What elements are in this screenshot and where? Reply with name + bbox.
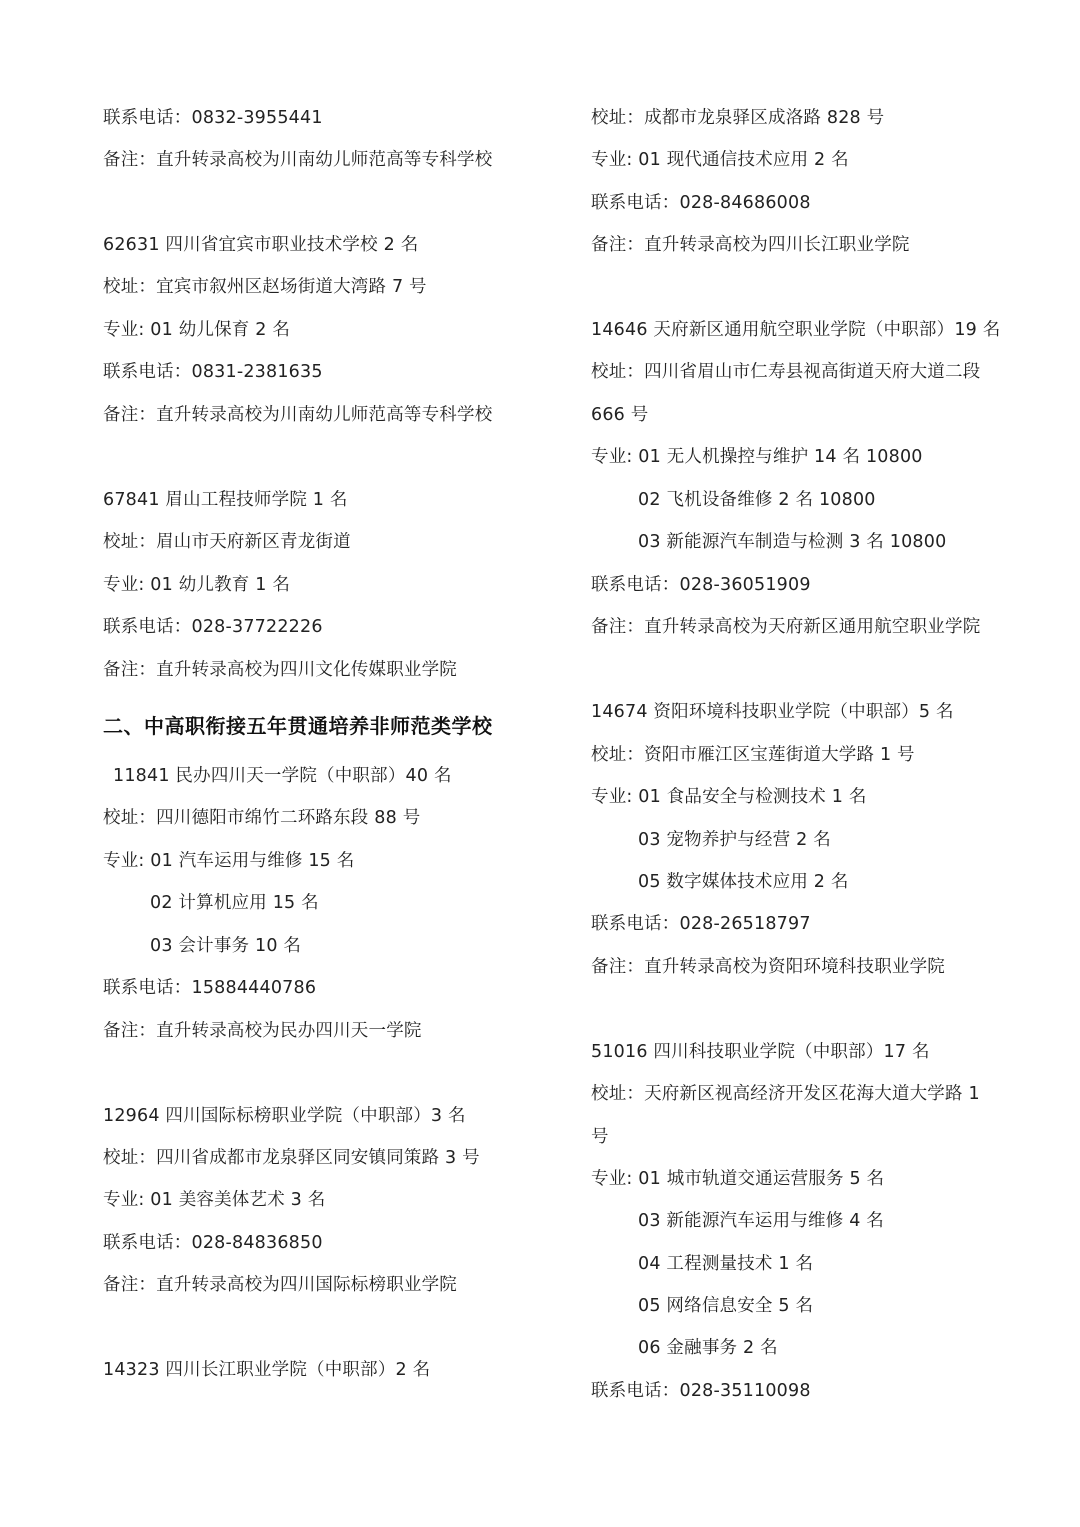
line-address: 校址：天府新区视高经济开发区花海大道大学路 1 <box>591 1082 980 1106</box>
line-major-cont: 04 工程测量技术 1 名 <box>638 1252 813 1276</box>
line-major: 专业: 01 幼儿教育 1 名 <box>103 573 290 597</box>
line-address: 校址：眉山市天府新区青龙街道 <box>103 530 351 554</box>
line-note: 备注：直升转录高校为川南幼儿师范高等专科学校 <box>103 403 492 427</box>
line-phone: 联系电话：028-35110098 <box>591 1379 811 1403</box>
line-note: 备注：直升转录高校为四川文化传媒职业学院 <box>103 658 457 682</box>
line-address: 校址：四川德阳市绵竹二环路东段 88 号 <box>103 806 420 830</box>
line-school-indented: 11841 民办四川天一学院（中职部）40 名 <box>113 764 452 788</box>
line-school: 62631 四川省宜宾市职业技术学校 2 名 <box>103 233 418 257</box>
line-address: 校址：资阳市雁江区宝莲街道大学路 1 号 <box>591 743 915 767</box>
line-major: 专业: 01 无人机操控与维护 14 名 10800 <box>591 445 923 469</box>
line-major: 专业: 01 幼儿保育 2 名 <box>103 318 290 342</box>
line-major-cont: 02 计算机应用 15 名 <box>150 891 319 915</box>
line-school: 51016 四川科技职业学院（中职部）17 名 <box>591 1040 930 1064</box>
line-phone: 联系电话：0832-3955441 <box>103 106 323 130</box>
line-phone: 联系电话：028-26518797 <box>591 912 811 936</box>
line-address: 校址：四川省成都市龙泉驿区同安镇同策路 3 号 <box>103 1146 480 1170</box>
section-heading: 二、中高职衔接五年贯通培养非师范类学校 <box>103 714 493 738</box>
line-phone: 联系电话：028-37722226 <box>103 615 323 639</box>
line-note: 备注：直升转录高校为川南幼儿师范高等专科学校 <box>103 148 492 172</box>
line-note: 备注：直升转录高校为四川国际标榜职业学院 <box>103 1273 457 1297</box>
line-major: 专业: 01 食品安全与检测技术 1 名 <box>591 785 867 809</box>
line-address-cont: 号 <box>591 1125 609 1149</box>
line-major-cont: 03 宠物养护与经营 2 名 <box>638 828 831 852</box>
line-major-cont: 05 数字媒体技术应用 2 名 <box>638 870 849 894</box>
line-school: 14323 四川长江职业学院（中职部）2 名 <box>103 1358 430 1382</box>
line-major-cont: 05 网络信息安全 5 名 <box>638 1294 813 1318</box>
line-phone: 联系电话：028-84686008 <box>591 191 811 215</box>
right-column: 校址：成都市龙泉驿区成洛路 828 号专业: 01 现代通信技术应用 2 名联系… <box>591 0 1041 1527</box>
line-note: 备注：直升转录高校为四川长江职业学院 <box>591 233 910 257</box>
line-note: 备注：直升转录高校为天府新区通用航空职业学院 <box>591 615 980 639</box>
line-school: 14674 资阳环境科技职业学院（中职部）5 名 <box>591 700 954 724</box>
line-major: 专业: 01 汽车运用与维修 15 名 <box>103 849 354 873</box>
line-major-cont: 06 金融事务 2 名 <box>638 1336 778 1360</box>
line-major-cont: 03 会计事务 10 名 <box>150 934 301 958</box>
line-address: 校址：四川省眉山市仁寿县视高街道天府大道二段 <box>591 360 980 384</box>
line-address: 校址：宜宾市叙州区赵场街道大湾路 7 号 <box>103 275 427 299</box>
left-column: 联系电话：0832-3955441备注：直升转录高校为川南幼儿师范高等专科学校6… <box>103 0 553 1527</box>
line-major: 专业: 01 美容美体艺术 3 名 <box>103 1188 325 1212</box>
line-major: 专业: 01 城市轨道交通运营服务 5 名 <box>591 1167 884 1191</box>
line-school: 14646 天府新区通用航空职业学院（中职部）19 名 <box>591 318 1000 342</box>
line-address: 校址：成都市龙泉驿区成洛路 828 号 <box>591 106 884 130</box>
line-address-cont: 666 号 <box>591 403 648 427</box>
line-phone: 联系电话：028-84836850 <box>103 1231 323 1255</box>
line-phone: 联系电话：15884440786 <box>103 976 316 1000</box>
line-major-cont: 03 新能源汽车运用与维修 4 名 <box>638 1209 884 1233</box>
line-school: 67841 眉山工程技师学院 1 名 <box>103 488 348 512</box>
line-phone: 联系电话：0831-2381635 <box>103 360 323 384</box>
line-note: 备注：直升转录高校为资阳环境科技职业学院 <box>591 955 945 979</box>
line-phone: 联系电话：028-36051909 <box>591 573 811 597</box>
line-major-cont: 02 飞机设备维修 2 名 10800 <box>638 488 876 512</box>
line-major: 专业: 01 现代通信技术应用 2 名 <box>591 148 849 172</box>
line-major-cont: 03 新能源汽车制造与检测 3 名 10800 <box>638 530 946 554</box>
line-note: 备注：直升转录高校为民办四川天一学院 <box>103 1019 422 1043</box>
line-school: 12964 四川国际标榜职业学院（中职部）3 名 <box>103 1104 466 1128</box>
